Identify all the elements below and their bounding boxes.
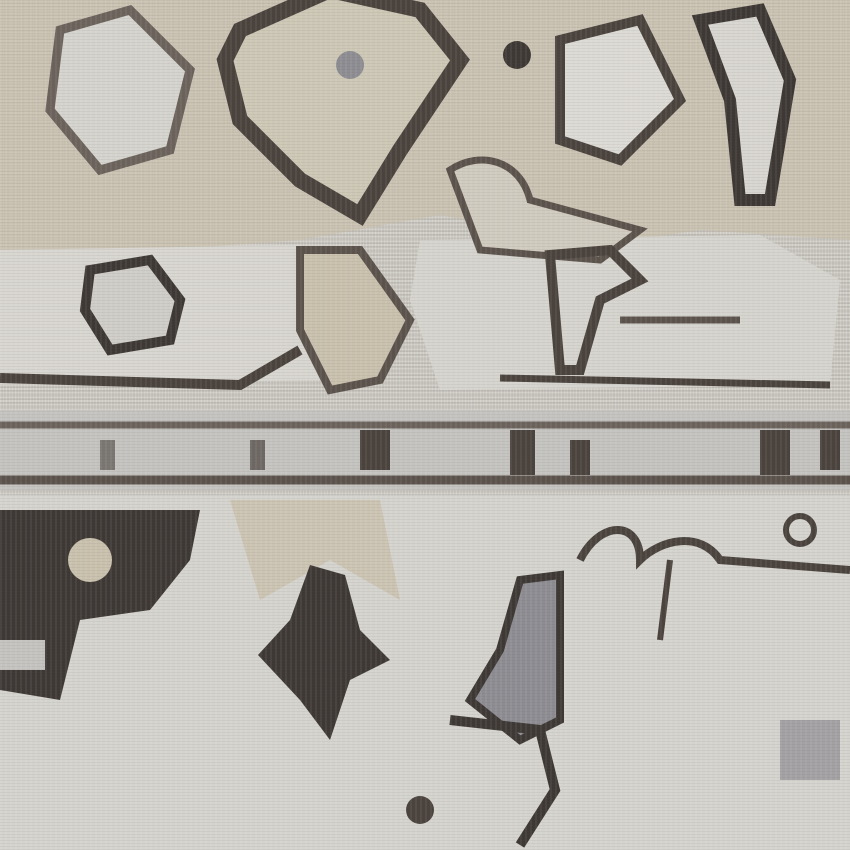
rug-pattern bbox=[0, 0, 850, 850]
rug-texture bbox=[0, 0, 850, 850]
